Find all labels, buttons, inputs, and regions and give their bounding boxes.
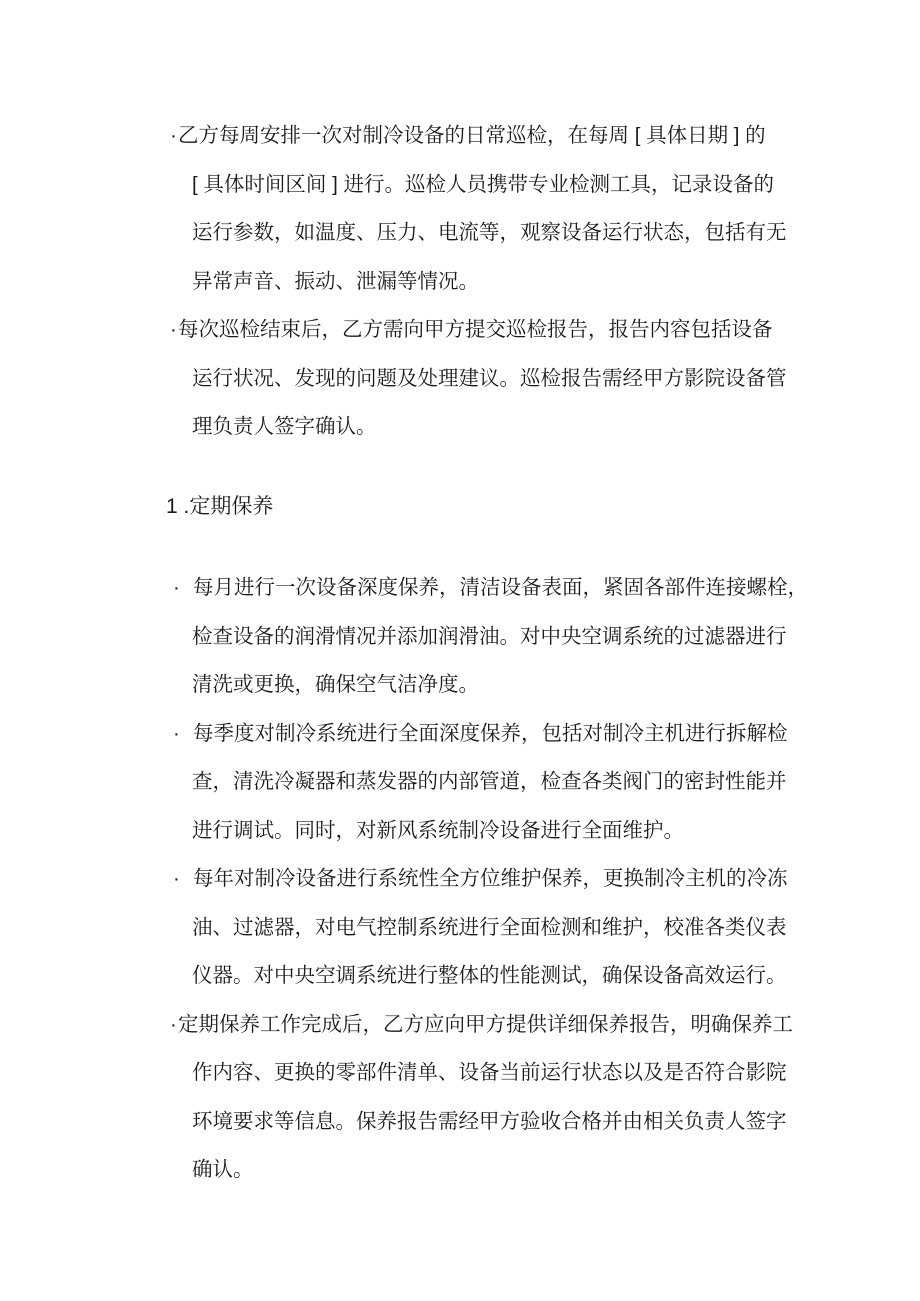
text-line: 作内容、更换的零部件清单、设备当前运行状态以及是否符合影院 xyxy=(192,1049,804,1098)
bullet-paragraph-weekly-inspection: · 乙方每周安排一次对制冷设备的日常巡检，在每周 [ 具体日期 ] 的 [ 具体… xyxy=(192,112,804,306)
text-line: 确认。 xyxy=(192,1146,804,1195)
text-line: 油、过滤器，对电气控制系统进行全面检测和维护，校准各类仪表 xyxy=(192,904,804,953)
bullet-marker: · xyxy=(170,112,177,161)
text-line: 每次巡检结束后，乙方需向甲方提交巡检报告，报告内容包括设备 xyxy=(178,306,804,355)
text-line: 定期保养工作完成后，乙方应向甲方提供详细保养报告，明确保养工 xyxy=(178,1001,804,1050)
text-line: 查，清洗冷凝器和蒸发器的内部管道，检查各类阀门的密封性能并 xyxy=(192,758,804,807)
bullet-paragraph-maintenance-report: · 定期保养工作完成后，乙方应向甲方提供详细保养报告，明确保养工 作内容、更换的… xyxy=(192,1001,804,1195)
text-line: 检查设备的润滑情况并添加润滑油。对中央空调系统的过滤器进行 xyxy=(192,613,804,662)
bullet-paragraph-quarterly-maintenance: · 每季度对制冷系统进行全面深度保养，包括对制冷主机进行拆解检 查，清洗冷凝器和… xyxy=(192,710,804,856)
section-heading-periodic-maintenance: 1 .定期保养 xyxy=(166,483,804,532)
bullet-marker: · xyxy=(173,855,180,904)
text-line: 环境要求等信息。保养报告需经甲方验收合格并由相关负责人签字 xyxy=(192,1098,804,1147)
text-line: 理负责人签字确认。 xyxy=(192,403,804,452)
text-line: 每季度对制冷系统进行全面深度保养，包括对制冷主机进行拆解检 xyxy=(193,710,804,759)
text-line: 运行参数，如温度、压力、电流等，观察设备运行状态，包括有无 xyxy=(192,209,804,258)
bullet-marker: · xyxy=(170,1001,177,1050)
document-page: · 乙方每周安排一次对制冷设备的日常巡检，在每周 [ 具体日期 ] 的 [ 具体… xyxy=(0,0,920,1301)
text-line: 进行调试。同时，对新风系统制冷设备进行全面维护。 xyxy=(192,807,804,856)
text-line: 每月进行一次设备深度保养，清洁设备表面，紧固各部件连接螺栓， xyxy=(193,564,804,613)
text-line: 每年对制冷设备进行系统性全方位维护保养，更换制冷主机的冷冻 xyxy=(193,855,804,904)
text-line: 清洗或更换，确保空气洁净度。 xyxy=(192,661,804,710)
bullet-marker: · xyxy=(173,564,180,613)
document-content: · 乙方每周安排一次对制冷设备的日常巡检，在每周 [ 具体日期 ] 的 [ 具体… xyxy=(192,112,804,1195)
bullet-paragraph-yearly-maintenance: · 每年对制冷设备进行系统性全方位维护保养，更换制冷主机的冷冻 油、过滤器，对电… xyxy=(192,855,804,1001)
text-line: 运行状况、发现的问题及处理建议。巡检报告需经甲方影院设备管 xyxy=(192,355,804,404)
text-line: [ 具体时间区间 ] 进行。巡检人员携带专业检测工具，记录设备的 xyxy=(192,161,804,210)
text-line: 仪器。对中央空调系统进行整体的性能测试，确保设备高效运行。 xyxy=(192,952,804,1001)
text-line: 乙方每周安排一次对制冷设备的日常巡检，在每周 [ 具体日期 ] 的 xyxy=(178,112,804,161)
bullet-marker: · xyxy=(173,710,180,759)
bullet-paragraph-monthly-maintenance: · 每月进行一次设备深度保养，清洁设备表面，紧固各部件连接螺栓， 检查设备的润滑… xyxy=(192,564,804,710)
text-line: 异常声音、振动、泄漏等情况。 xyxy=(192,258,804,307)
bullet-marker: · xyxy=(170,306,177,355)
bullet-paragraph-inspection-report: · 每次巡检结束后，乙方需向甲方提交巡检报告，报告内容包括设备 运行状况、发现的… xyxy=(192,306,804,452)
